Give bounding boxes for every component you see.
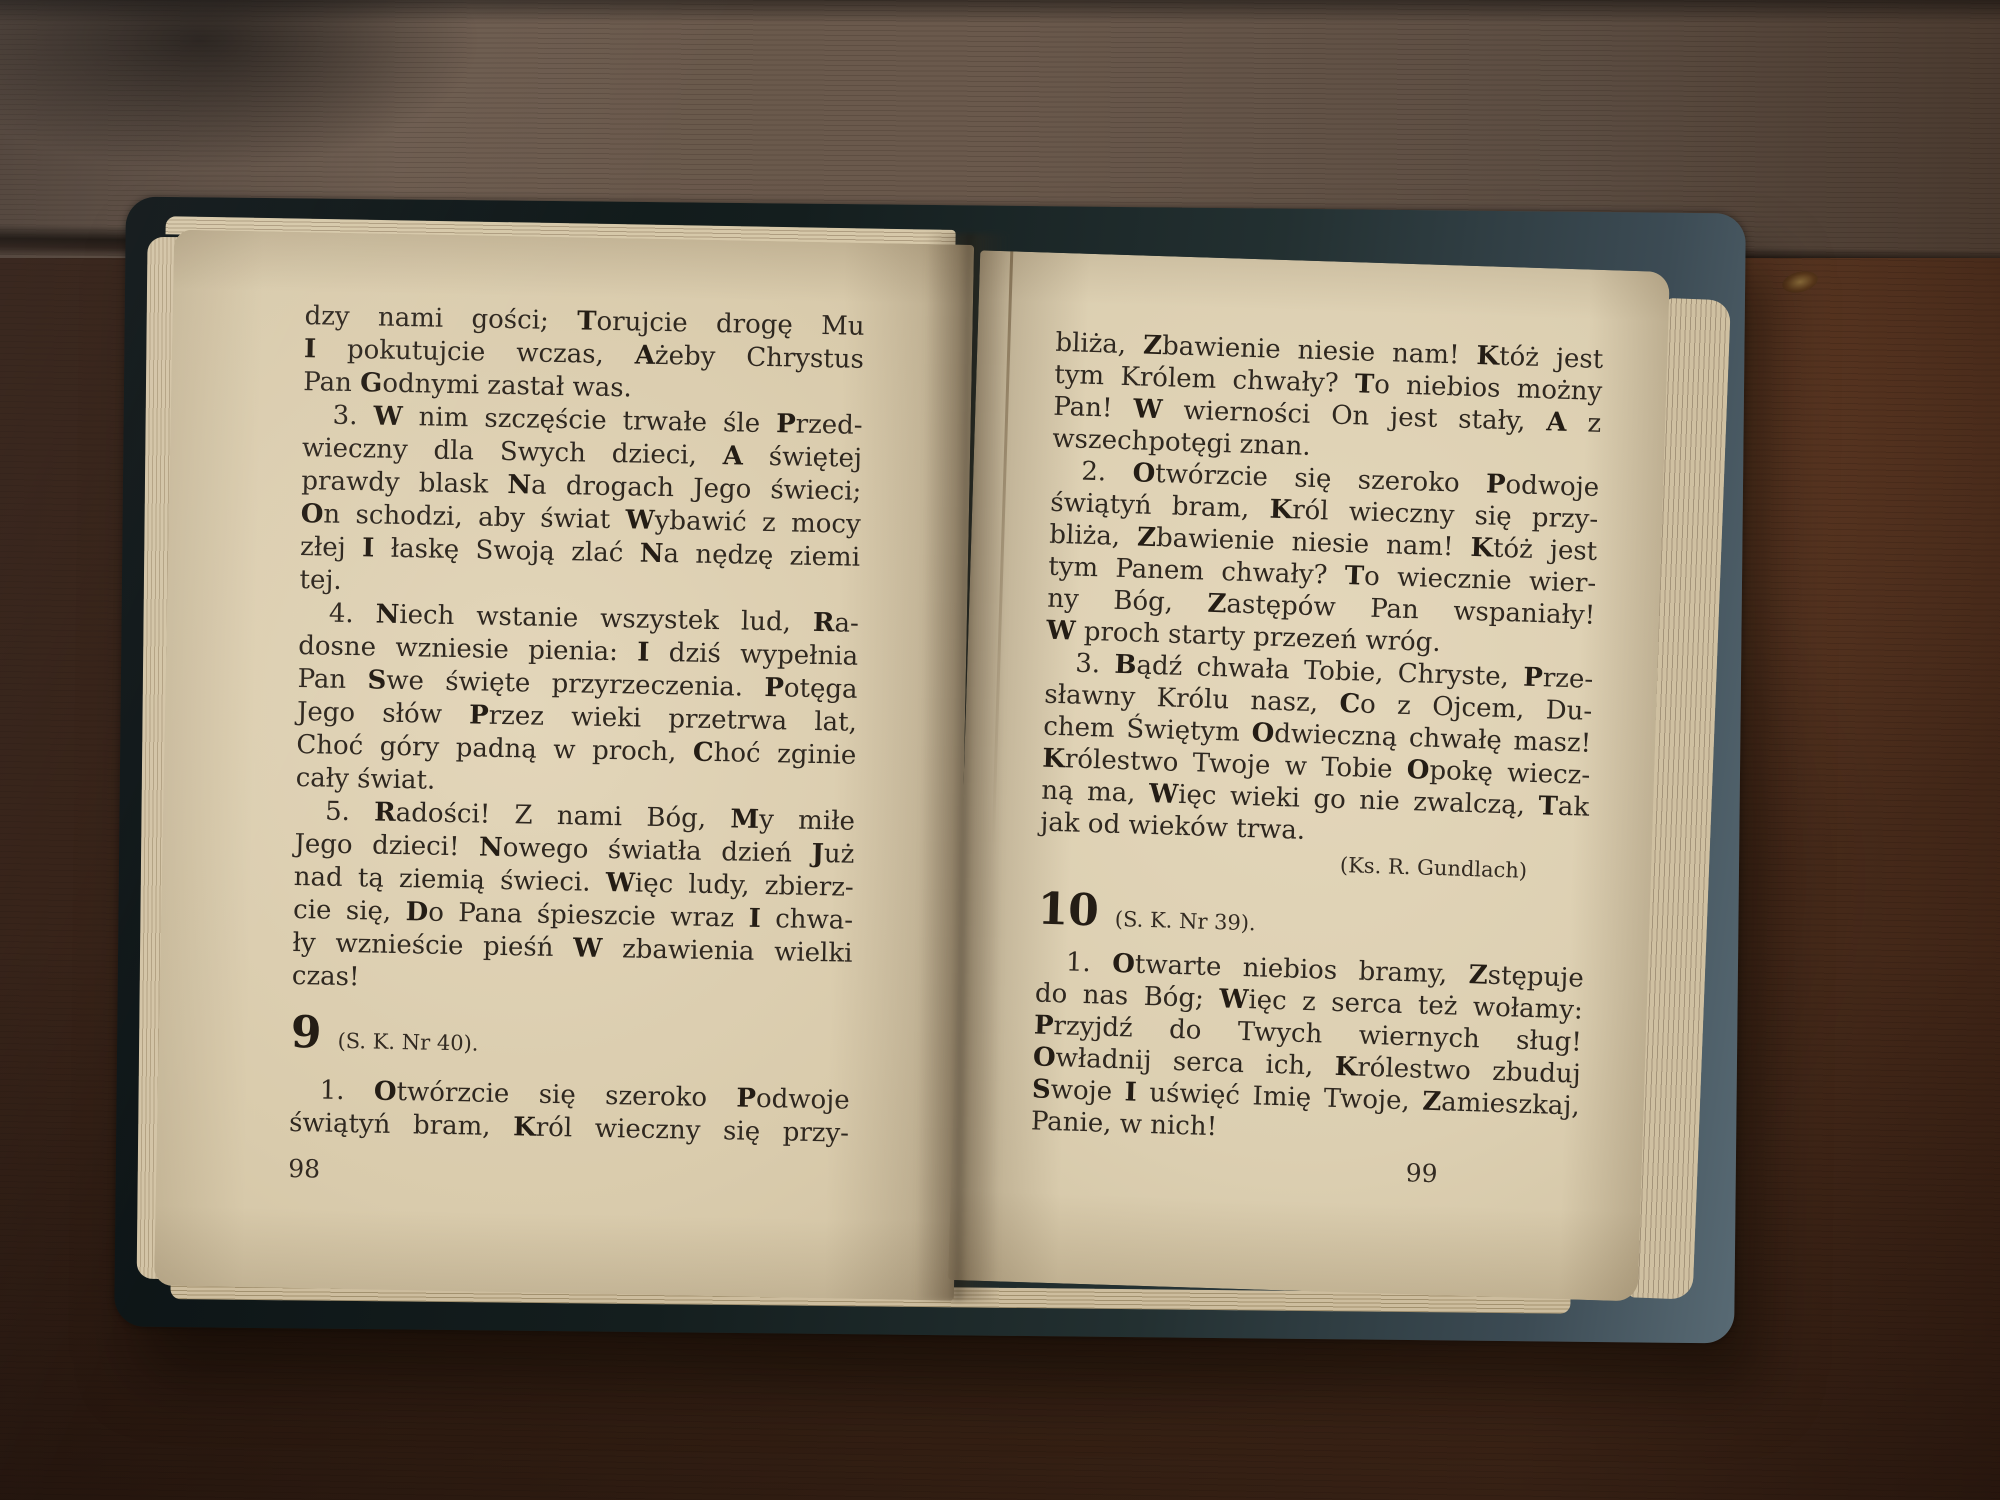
- page-number-right: 99: [1029, 1145, 1578, 1194]
- corner-shadow: [0, 0, 480, 170]
- page-number-left: 98: [288, 1152, 849, 1196]
- hymn-reference: (S. K. Nr 40).: [337, 1029, 478, 1056]
- hymn-reference: (S. K. Nr 39).: [1114, 907, 1256, 935]
- left-page-text: dzy nami gości; Torujcie drogę MuI pokut…: [288, 300, 865, 1196]
- photo-scene: dzy nami gości; Torujcie drogę MuI pokut…: [0, 0, 2000, 1500]
- right-page: bliża, Zbawienie niesie nam! Któż jestty…: [948, 250, 1670, 1301]
- hymn-number: 10: [1037, 884, 1100, 937]
- hymn-9-verse-lines: 1. Otwórzcie się szeroko Podwojeświątyń …: [289, 1074, 850, 1151]
- hymn-9-heading: 9 (S. K. Nr 40).: [290, 1007, 851, 1077]
- hymn-9-verse-lines-continued: bliża, Zbawienie niesie nam! Któż jestty…: [1040, 327, 1604, 856]
- hymn-10-verse-lines: 1. Otwarte niebios bramy, Zstępujedo nas…: [1030, 945, 1584, 1154]
- left-page: dzy nami gości; Torujcie drogę MuI pokut…: [154, 230, 974, 1301]
- hymn-number: 9: [290, 1007, 322, 1059]
- right-page-text: bliża, Zbawienie niesie nam! Któż jestty…: [1029, 327, 1603, 1195]
- book-gutter-shadow: [914, 233, 1009, 1302]
- hymn-8-verse-lines: dzy nami gości; Torujcie drogę MuI pokut…: [292, 300, 865, 1004]
- open-hymnal-book: dzy nami gości; Torujcie drogę MuI pokut…: [114, 197, 1746, 1344]
